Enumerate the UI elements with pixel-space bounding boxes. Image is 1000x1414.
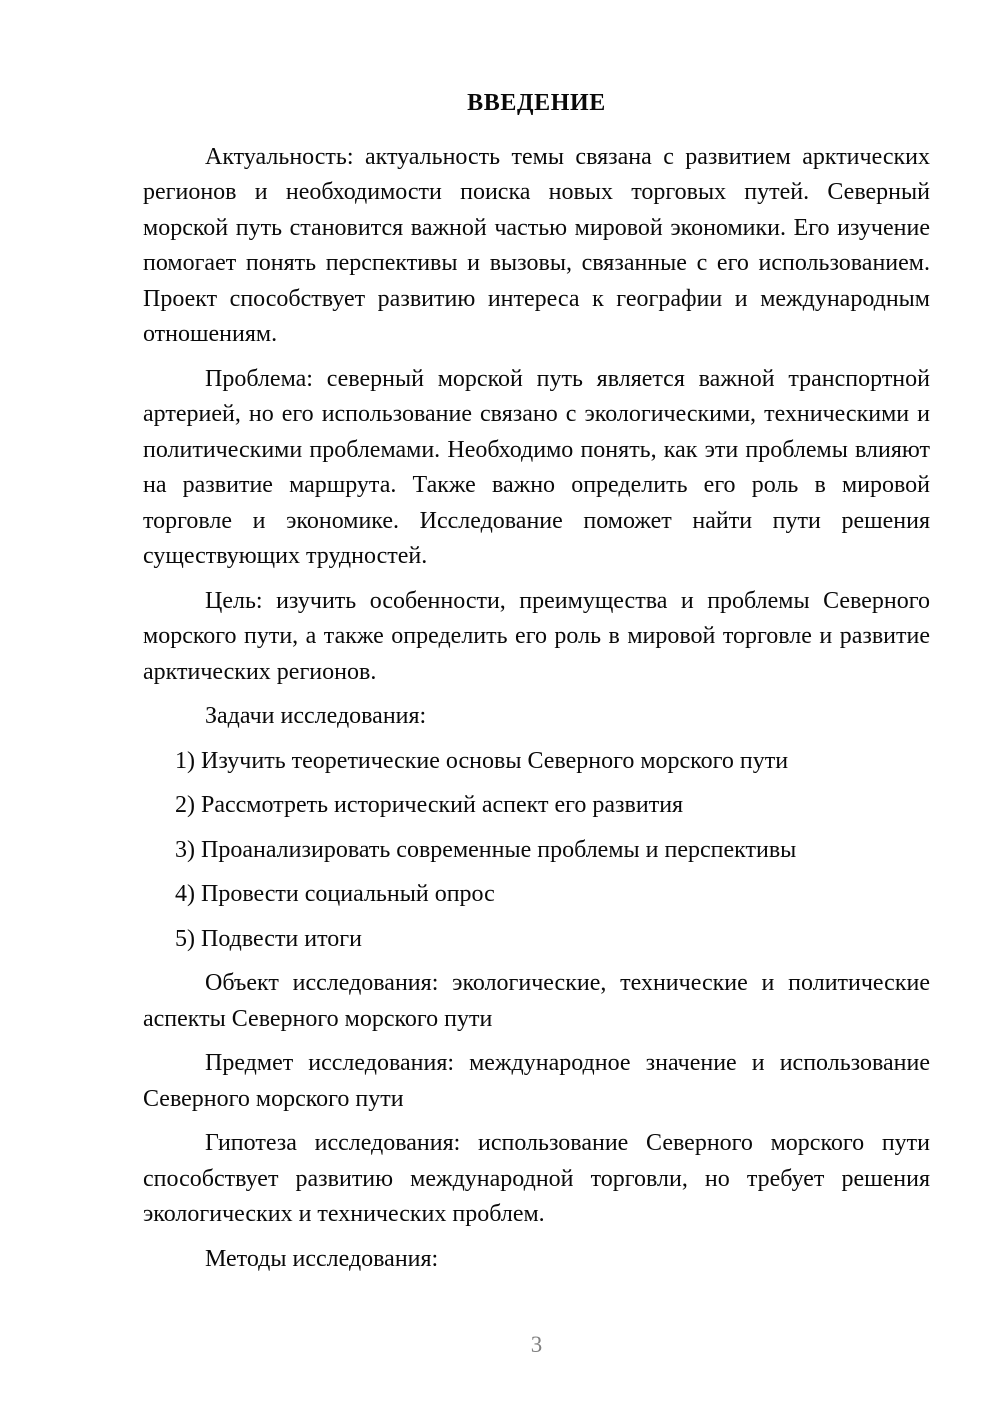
text-column: ВВЕДЕНИЕ Актуальность: актуальность темы…: [143, 86, 930, 1286]
task-item-2: 2) Рассмотреть исторический аспект его р…: [143, 788, 930, 824]
tasks-heading: Задачи исследования:: [143, 699, 930, 735]
task-item-3: 3) Проанализировать современные проблемы…: [143, 833, 930, 869]
task-item-1: 1) Изучить теоретические основы Северног…: [143, 744, 930, 780]
page-title: ВВЕДЕНИЕ: [143, 86, 930, 122]
page-number: 3: [143, 1332, 930, 1358]
paragraph-actuality: Актуальность: актуальность темы связана …: [143, 140, 930, 353]
paragraph-subject: Предмет исследования: международное знач…: [143, 1046, 930, 1117]
paragraph-goal: Цель: изучить особенности, преимущества …: [143, 584, 930, 691]
methods-heading: Методы исследования:: [143, 1242, 930, 1278]
paragraph-hypothesis: Гипотеза исследования: использование Сев…: [143, 1126, 930, 1233]
paragraph-object: Объект исследования: экологические, техн…: [143, 966, 930, 1037]
task-item-4: 4) Провести социальный опрос: [143, 877, 930, 913]
paragraph-problem: Проблема: северный морской путь является…: [143, 362, 930, 575]
document-page: ВВЕДЕНИЕ Актуальность: актуальность темы…: [0, 0, 1000, 1414]
task-item-5: 5) Подвести итоги: [143, 922, 930, 958]
